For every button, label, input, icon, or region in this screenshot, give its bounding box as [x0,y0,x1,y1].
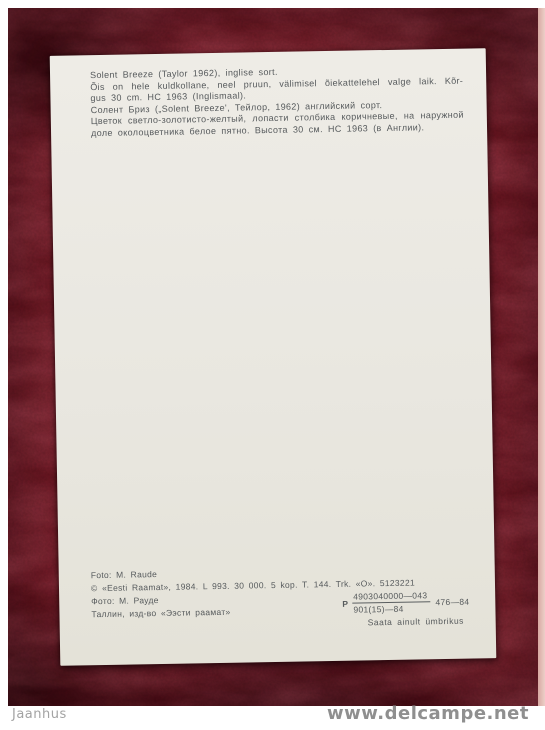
index-code: 476—84 [435,597,469,608]
variety-description: Solent Breeze (Taylor 1962), inglise sor… [90,64,464,140]
postcard-back: Solent Breeze (Taylor 1962), inglise sor… [50,48,497,666]
scanned-postcard-photo: Solent Breeze (Taylor 1962), inglise sor… [0,0,545,730]
delcampe-watermark: www.delcampe.net [327,703,529,724]
index-fraction: 4903040000—043 901(15)—84 [352,591,431,614]
watermark-bar: Jaanhus www.delcampe.net [0,706,545,730]
catalog-index: Р 4903040000—043 901(15)—84 476—84 [342,591,469,615]
seller-watermark: Jaanhus [12,707,67,722]
mailing-note: Saata ainult ümbrikus [368,616,464,628]
index-denominator: 901(15)—84 [352,602,430,614]
index-prefix: Р [342,599,348,609]
scan-edge-strip [538,8,545,706]
